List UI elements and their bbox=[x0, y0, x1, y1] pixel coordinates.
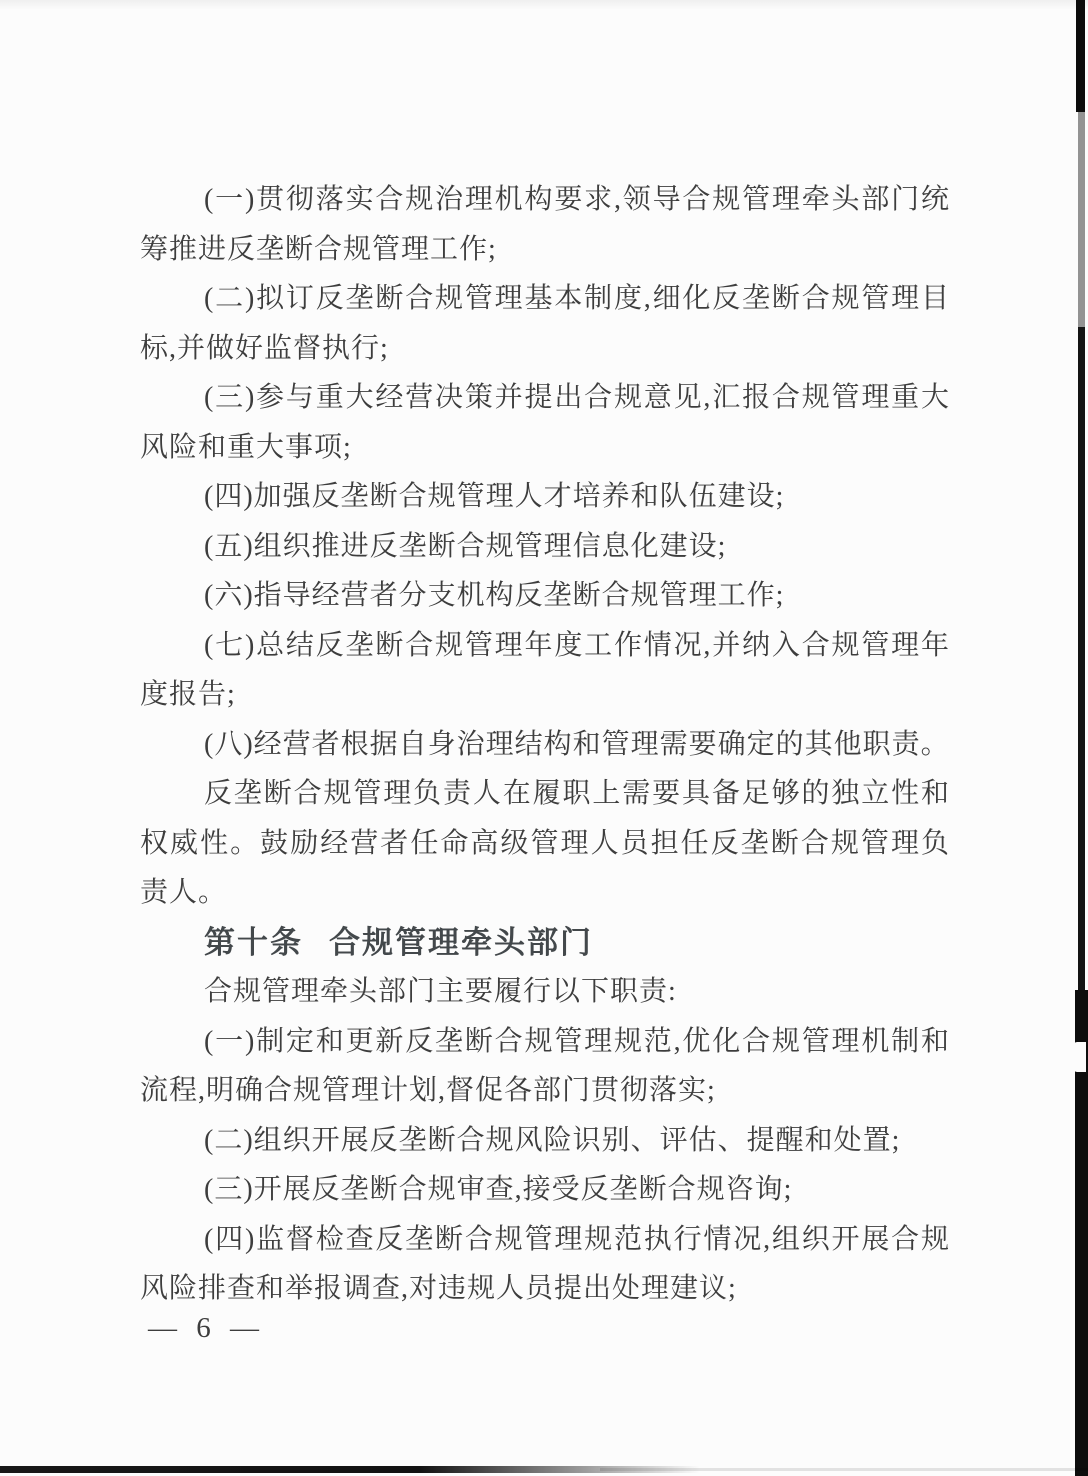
list-item: (二)组织开展反垄断合规风险识别、评估、提醒和处置; bbox=[140, 1116, 950, 1166]
list-item: (四)加强反垄断合规管理人才培养和队伍建设; bbox=[140, 472, 950, 522]
list-item: (四)监督检查反垄断合规管理规范执行情况,组织开展合规风险排查和举报调查,对违规… bbox=[140, 1215, 950, 1314]
scan-edge-right-artifact bbox=[1070, 1042, 1086, 1072]
list-item: (三)参与重大经营决策并提出合规意见,汇报合规管理重大风险和重大事项; bbox=[140, 373, 950, 472]
list-item: (一)贯彻落实合规治理机构要求,领导合规管理牵头部门统筹推进反垄断合规管理工作; bbox=[140, 175, 950, 274]
article-heading: 第十条合规管理牵头部门 bbox=[140, 918, 950, 968]
scan-edge-right-artifact bbox=[1076, 0, 1085, 112]
page-number: — 6 — bbox=[148, 1312, 265, 1345]
list-item: (七)总结反垄断合规管理年度工作情况,并纳入合规管理年度报告; bbox=[140, 621, 950, 720]
paragraph: 反垄断合规管理负责人在履职上需要具备足够的独立性和权威性。鼓励经营者任命高级管理… bbox=[140, 769, 950, 918]
scan-edge-right-artifact bbox=[1078, 112, 1085, 327]
list-item: (三)开展反垄断合规审查,接受反垄断合规咨询; bbox=[140, 1165, 950, 1215]
list-item: (六)指导经营者分支机构反垄断合规管理工作; bbox=[140, 571, 950, 621]
document-body: (一)贯彻落实合规治理机构要求,领导合规管理牵头部门统筹推进反垄断合规管理工作;… bbox=[140, 175, 950, 1314]
article-number: 第十条 bbox=[204, 925, 303, 960]
paragraph: 合规管理牵头部门主要履行以下职责: bbox=[140, 967, 950, 1017]
scanned-document-page: (一)贯彻落实合规治理机构要求,领导合规管理牵头部门统筹推进反垄断合规管理工作;… bbox=[0, 0, 1088, 1476]
scan-edge-bottom-artifact bbox=[600, 1468, 1088, 1471]
article-title: 合规管理牵头部门 bbox=[329, 925, 593, 960]
scan-noise-artifact bbox=[0, 0, 1088, 10]
list-item: (八)经营者根据自身治理结构和管理需要确定的其他职责。 bbox=[140, 720, 950, 770]
list-item: (五)组织推进反垄断合规管理信息化建设; bbox=[140, 522, 950, 572]
list-item: (一)制定和更新反垄断合规管理规范,优化合规管理机制和流程,明确合规管理计划,督… bbox=[140, 1017, 950, 1116]
list-item: (二)拟订反垄断合规管理基本制度,细化反垄断合规管理目标,并做好监督执行; bbox=[140, 274, 950, 373]
scan-edge-bottom-artifact bbox=[0, 1466, 700, 1473]
